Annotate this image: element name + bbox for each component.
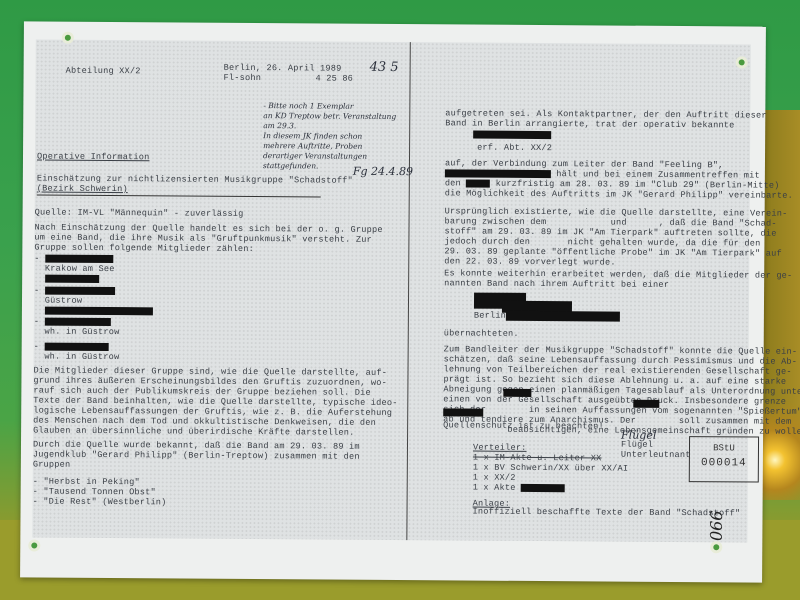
redaction: [466, 179, 490, 187]
contact-ref: erf. Abt. XX/2: [477, 143, 552, 154]
member-entry: - wh. in Güstrow: [34, 341, 120, 362]
signer-rank: Unterleutnant: [621, 450, 691, 460]
intro-paragraph: Nach Einschätzung der Quelle handelt es …: [34, 222, 382, 254]
redaction: [45, 317, 111, 325]
source-protection: Quellenschutz ist zu beachten!: [443, 420, 604, 431]
distribution-label: Verteiler:: [473, 443, 527, 453]
distribution-item: 1 x Akte: [473, 483, 565, 494]
member-entry: - Krakow am See: [34, 253, 115, 284]
pin-icon: [736, 56, 748, 68]
redaction: [45, 306, 153, 315]
stamp-org: BStU: [690, 443, 758, 453]
pin-icon: [62, 32, 74, 44]
distribution-item: 1 x XX/2: [473, 473, 516, 483]
reference: Fl-sohn: [224, 73, 262, 83]
pin-icon: [710, 541, 722, 553]
redaction: [45, 274, 99, 282]
handwritten-note: - Bitte noch 1 Exemplar an KD Treptow be…: [263, 101, 396, 172]
handwritten-mark: 43 5: [370, 62, 399, 73]
page-number: 990: [706, 510, 725, 541]
pin-icon: [28, 539, 40, 551]
member-entry: - wh. in Güstrow: [34, 316, 120, 337]
paragraph-2: Ursprünglich existierte, wie die Quelle …: [444, 206, 787, 268]
right-opening: aufgetreten sei. Als Kontaktpartner, der…: [445, 108, 767, 130]
redaction: [473, 131, 551, 140]
redaction: [503, 389, 531, 397]
group-item: - "Die Rest" (Westberlin): [33, 496, 167, 507]
redaction: [633, 400, 659, 408]
redaction: [45, 286, 115, 294]
redaction: [45, 254, 113, 262]
member-entry: - Güstrow: [34, 285, 153, 316]
paragraph-concert: Durch die Quelle wurde bekannt, daß die …: [33, 439, 360, 471]
signer-name: Flügel: [621, 440, 653, 450]
doc-type: Operative Information: [37, 152, 150, 163]
redaction: [443, 408, 483, 416]
redaction: [445, 169, 551, 178]
berlin-label: Berlin: [474, 311, 506, 321]
source-line: Quelle: IM-VL "Männequin" - zuverlässig: [35, 207, 244, 218]
handwritten-signature: Fg 24.4.89: [353, 166, 413, 177]
paragraph-description: Die Mitglieder dieser Gruppe sind, wie d…: [33, 365, 398, 438]
redaction: [44, 342, 108, 350]
subject-line-2: (Bezirk Schwerin): [37, 184, 128, 195]
paragraph-3: Es konnte weiterhin erarbeitet werden, d…: [444, 268, 792, 290]
phone: 4 25 86: [316, 73, 354, 83]
redaction: [521, 484, 565, 492]
attachment: Inoffiziell beschaffte Texte der Band "S…: [473, 507, 741, 519]
department: Abteilung XX/2: [66, 66, 141, 77]
redaction: [506, 311, 620, 322]
archive-stamp: BStU 000014: [689, 436, 759, 482]
overnight: übernachteten.: [444, 328, 519, 339]
document-sheet: Abteilung XX/2 Berlin, 26. April 1989 Fl…: [20, 21, 766, 582]
stamp-number: 000014: [690, 457, 758, 469]
